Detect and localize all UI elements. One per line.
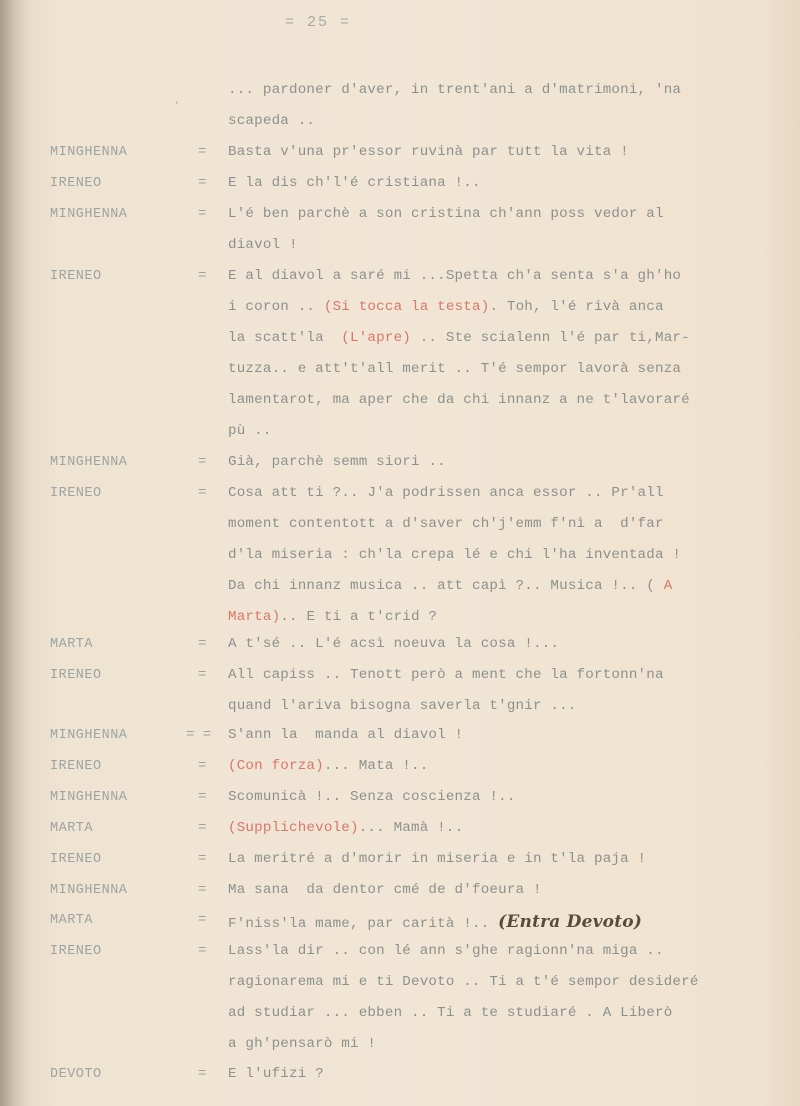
- dialogue-text: i coron ..: [228, 299, 324, 315]
- speaker-name: MINGHENNA: [50, 455, 127, 470]
- dialogue-text: S'ann la manda al diavol !: [228, 727, 463, 743]
- stage-direction: A: [664, 578, 673, 594]
- speaker-name: MINGHENNA: [50, 883, 127, 898]
- dialogue-text: .. Ste scialenn l'é par ti,Mar-: [411, 330, 690, 346]
- dialogue-line: La meritré a d'morir in miseria e in t'l…: [228, 851, 646, 867]
- dialogue-line: i coron .. (Si tocca la testa). Toh, l'é…: [228, 299, 664, 315]
- speaker-separator: =: [198, 454, 206, 470]
- dialogue-text: Scomunicà !.. Senza coscienza !..: [228, 789, 516, 805]
- dialogue-line: Basta v'una pr'essor ruvinà par tutt la …: [228, 144, 629, 160]
- dialogue-text: F'niss'la mame, par carità !..: [228, 916, 498, 932]
- stage-direction: (Si tocca la testa): [324, 299, 490, 315]
- dialogue-line: (Con forza)... Mata !..: [228, 758, 428, 774]
- dialogue-text: la scatt'la: [228, 330, 341, 346]
- dialogue-line: A t'sé .. L'é acsì noeuva la cosa !...: [228, 636, 559, 652]
- speaker-separator: =: [198, 667, 206, 683]
- dialogue-line: ... pardoner d'aver, in trent'ani a d'ma…: [228, 82, 681, 98]
- dialogue-text: E l'ufizi ?: [228, 1066, 324, 1082]
- dialogue-text: . Toh, l'é rivà anca: [489, 299, 663, 315]
- dialogue-text: La meritré a d'morir in miseria e in t'l…: [228, 851, 646, 867]
- dialogue-line: diavol !: [228, 237, 298, 253]
- speaker-name: MINGHENNA: [50, 145, 127, 160]
- dialogue-text: ... Mata !..: [324, 758, 429, 774]
- dialogue-line: All capiss .. Tenott però a ment che la …: [228, 667, 664, 683]
- speaker-separator: =: [198, 789, 206, 805]
- speaker-name: MINGHENNA: [50, 207, 127, 222]
- dialogue-line: Ma sana da dentor cmé de d'foeura !: [228, 882, 542, 898]
- dialogue-line: L'é ben parchè a son cristina ch'ann pos…: [228, 206, 664, 222]
- dialogue-line: F'niss'la mame, par carità !.. (Entra De…: [228, 912, 642, 932]
- dialogue-text: L'é ben parchè a son cristina ch'ann pos…: [228, 206, 664, 222]
- dialogue-text: ... pardoner d'aver, in trent'ani a d'ma…: [228, 82, 681, 98]
- dialogue-line: Marta).. E ti a t'crid ?: [228, 609, 437, 625]
- dialogue-line: Scomunicà !.. Senza coscienza !..: [228, 789, 516, 805]
- speaker-name: IRENEO: [50, 852, 102, 867]
- dialogue-text: Cosa att ti ?.. J'a podrissen anca essor…: [228, 485, 664, 501]
- dialogue-line: pù ..: [228, 423, 272, 439]
- speaker-separator: =: [198, 912, 206, 928]
- dialogue-text: E la dis ch'l'é cristiana !..: [228, 175, 481, 191]
- dialogue-line: Già, parchè semm siori ..: [228, 454, 446, 470]
- dialogue-text: d'la miseria : ch'la crepa lé e chi l'ha…: [228, 547, 681, 563]
- speaker-name: IRENEO: [50, 759, 102, 774]
- dialogue-text: Già, parchè semm siori ..: [228, 454, 446, 470]
- speaker-separator: =: [198, 1066, 206, 1082]
- dialogue-text: E al diavol a saré mi ...Spetta ch'a sen…: [228, 268, 681, 284]
- dialogue-line: S'ann la manda al diavol !: [228, 727, 463, 743]
- dialogue-text: A t'sé .. L'é acsì noeuva la cosa !...: [228, 636, 559, 652]
- speaker-separator: =: [198, 485, 206, 501]
- dialogue-line: quand l'ariva bisogna saverla t'gnir ...: [228, 698, 577, 714]
- dialogue-line: moment contentott a d'saver ch'j'emm f'n…: [228, 516, 664, 532]
- speaker-name: IRENEO: [50, 486, 102, 501]
- dialogue-text: Basta v'una pr'essor ruvinà par tutt la …: [228, 144, 629, 160]
- speaker-separator: = =: [186, 727, 211, 743]
- dialogue-line: E al diavol a saré mi ...Spetta ch'a sen…: [228, 268, 681, 284]
- dialogue-text: a gh'pensarò mi !: [228, 1036, 376, 1052]
- page-number: = 25 =: [285, 14, 351, 31]
- dialogue-line: a gh'pensarò mi !: [228, 1036, 376, 1052]
- speaker-separator: =: [198, 636, 206, 652]
- speaker-name: MARTA: [50, 637, 93, 652]
- dialogue-line: tuzza.. e att't'all merit .. T'é sempor …: [228, 361, 681, 377]
- dialogue-text: .. E ti a t'crid ?: [280, 609, 437, 625]
- speaker-name: IRENEO: [50, 176, 102, 191]
- dialogue-text: scapeda ..: [228, 113, 315, 129]
- dialogue-line: Cosa att ti ?.. J'a podrissen anca essor…: [228, 485, 664, 501]
- speaker-separator: =: [198, 943, 206, 959]
- speaker-separator: =: [198, 206, 206, 222]
- dialogue-line: la scatt'la (L'apre) .. Ste scialenn l'é…: [228, 330, 690, 346]
- dialogue-line: E l'ufizi ?: [228, 1066, 324, 1082]
- speaker-separator: =: [198, 268, 206, 284]
- speaker-separator: =: [198, 820, 206, 836]
- dialogue-line: lamentarot, ma aper che da chi innanz a …: [228, 392, 690, 408]
- dialogue-line: scapeda ..: [228, 113, 315, 129]
- speaker-separator: =: [198, 851, 206, 867]
- dialogue-line: Lass'la dir .. con lé ann s'ghe ragionn'…: [228, 943, 664, 959]
- stray-mark: ·: [173, 96, 180, 110]
- speaker-name: MARTA: [50, 821, 93, 836]
- speaker-separator: =: [198, 144, 206, 160]
- dialogue-text: Lass'la dir .. con lé ann s'ghe ragionn'…: [228, 943, 664, 959]
- speaker-name: MINGHENNA: [50, 728, 127, 743]
- speaker-separator: =: [198, 758, 206, 774]
- dialogue-text: tuzza.. e att't'all merit .. T'é sempor …: [228, 361, 681, 377]
- dialogue-text: quand l'ariva bisogna saverla t'gnir ...: [228, 698, 577, 714]
- dialogue-text: ragionarema mi e ti Devoto .. Ti a t'é s…: [228, 974, 699, 990]
- speaker-separator: =: [198, 882, 206, 898]
- speaker-name: MARTA: [50, 913, 93, 928]
- dialogue-text: lamentarot, ma aper che da chi innanz a …: [228, 392, 690, 408]
- dialogue-text: Da chi innanz musica .. att capì ?.. Mus…: [228, 578, 664, 594]
- speaker-name: MINGHENNA: [50, 790, 127, 805]
- speaker-name: IRENEO: [50, 269, 102, 284]
- dialogue-text: ... Mamà !..: [359, 820, 464, 836]
- dialogue-line: (Supplichevole)... Mamà !..: [228, 820, 463, 836]
- speaker-name: DEVOTO: [50, 1067, 102, 1082]
- handwritten-annotation: (Entra Devoto): [498, 912, 642, 932]
- speaker-name: IRENEO: [50, 668, 102, 683]
- stage-direction: Marta): [228, 609, 280, 625]
- dialogue-line: Da chi innanz musica .. att capì ?.. Mus…: [228, 578, 672, 594]
- dialogue-line: E la dis ch'l'é cristiana !..: [228, 175, 481, 191]
- dialogue-text: ad studiar ... ebben .. Ti a te studiaré…: [228, 1005, 672, 1021]
- dialogue-line: ragionarema mi e ti Devoto .. Ti a t'é s…: [228, 974, 699, 990]
- dialogue-line: d'la miseria : ch'la crepa lé e chi l'ha…: [228, 547, 681, 563]
- dialogue-text: Ma sana da dentor cmé de d'foeura !: [228, 882, 542, 898]
- stage-direction: (L'apre): [341, 330, 411, 346]
- dialogue-text: diavol !: [228, 237, 298, 253]
- dialogue-text: pù ..: [228, 423, 272, 439]
- speaker-name: IRENEO: [50, 944, 102, 959]
- dialogue-line: ad studiar ... ebben .. Ti a te studiaré…: [228, 1005, 672, 1021]
- typewritten-script-page: = 25 = ... pardoner d'aver, in trent'ani…: [0, 0, 800, 1106]
- dialogue-text: moment contentott a d'saver ch'j'emm f'n…: [228, 516, 664, 532]
- speaker-separator: =: [198, 175, 206, 191]
- dialogue-text: All capiss .. Tenott però a ment che la …: [228, 667, 664, 683]
- stage-direction: (Con forza): [228, 758, 324, 774]
- stage-direction: (Supplichevole): [228, 820, 359, 836]
